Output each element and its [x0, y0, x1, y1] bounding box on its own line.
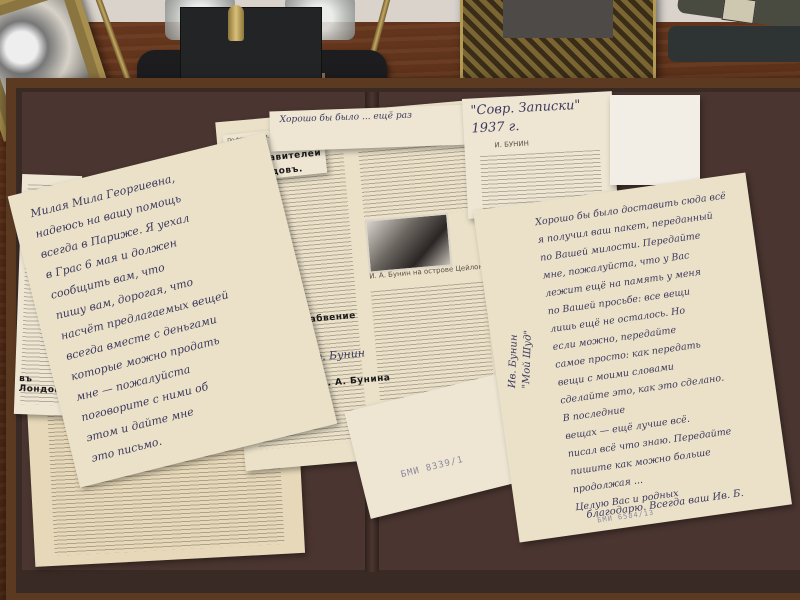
right-handwritten-letter: Хорошо бы было доставить сюда всё я полу… [473, 172, 792, 542]
right-letter-text: Хорошо бы было доставить сюда всё я полу… [534, 188, 767, 518]
desk-scene: въ Лондонъ И. А. Бунин на острове Цейлон… [0, 0, 800, 600]
plain-sheet [610, 95, 700, 185]
top-note: Хорошо бы было ... ещё раз [269, 105, 470, 152]
photo-frame-right [460, 0, 656, 86]
brass-knob [228, 5, 244, 41]
museum-stamp: БМИ 8339/1 [400, 455, 465, 480]
top-note-text: Хорошо бы было ... ещё раз [279, 109, 412, 128]
book-bottom [668, 26, 800, 62]
books-stack [668, 0, 800, 66]
inkstand-block [180, 7, 322, 84]
print-column-2 [358, 140, 479, 220]
book-label [721, 0, 756, 24]
sovr-zapiski-annotation: "Совр. Записки" 1937 г. [470, 95, 612, 138]
right-letter-margin-note: Ив. Бунин "Мой Шуд" [506, 329, 536, 389]
bunin-ceylon-photo [364, 212, 452, 273]
framed-photo [503, 0, 613, 38]
author-line: И. БУНИН [494, 140, 529, 150]
